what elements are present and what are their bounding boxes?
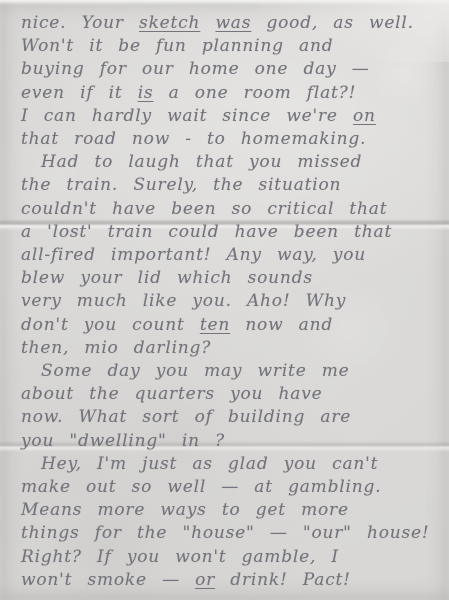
handwritten-line: a 'lost' train could have been that bbox=[21, 221, 440, 244]
handwritten-line: Had to laugh that you missed bbox=[21, 151, 440, 174]
text-segment: you "dwelling" in ? bbox=[21, 431, 225, 451]
text-segment: even if it bbox=[21, 83, 138, 103]
underlined-word: ten bbox=[200, 315, 230, 335]
handwritten-line: all-fired important! Any way, you bbox=[21, 244, 440, 267]
text-segment: I can hardly wait since we're bbox=[21, 106, 353, 126]
letter-paragraph: Hey, I'm just as glad you can'tmake out … bbox=[21, 453, 440, 592]
text-segment: Means more ways to get more bbox=[21, 500, 349, 520]
text-segment: that road now - to homemaking. bbox=[21, 129, 366, 149]
handwritten-line: that road now - to homemaking. bbox=[21, 128, 440, 151]
letter-paragraph: Had to laugh that you missedthe train. S… bbox=[21, 151, 440, 360]
handwritten-line: don't you count ten now and bbox=[21, 314, 440, 337]
text-segment: Had to laugh that you missed bbox=[41, 152, 362, 172]
handwritten-line: make out so well — at gambling. bbox=[21, 476, 440, 499]
text-segment: drink! Pact! bbox=[215, 570, 351, 590]
underlined-word: or bbox=[195, 570, 215, 590]
handwritten-line: won't smoke — or drink! Pact! bbox=[21, 569, 440, 592]
handwritten-line: couldn't have been so critical that bbox=[21, 198, 440, 221]
text-segment: a one room flat?! bbox=[153, 83, 356, 103]
text-segment: nice. Your bbox=[21, 13, 139, 33]
handwritten-line: about the quarters you have bbox=[21, 383, 440, 406]
text-segment: Right? If you won't gamble, I bbox=[21, 547, 339, 567]
handwritten-line: I can hardly wait since we're on bbox=[21, 105, 440, 128]
text-segment: buying for our home one day — bbox=[21, 59, 370, 79]
text-segment bbox=[200, 13, 215, 33]
handwritten-line: buying for our home one day — bbox=[21, 58, 440, 81]
text-segment: very much like you. Aho! Why bbox=[21, 291, 346, 311]
text-segment: Hey, I'm just as glad you can't bbox=[41, 454, 378, 474]
handwritten-line: you "dwelling" in ? bbox=[21, 430, 440, 453]
text-segment: then, mio darling? bbox=[21, 338, 211, 358]
underlined-word: was bbox=[215, 13, 251, 33]
text-segment: couldn't have been so critical that bbox=[21, 199, 387, 219]
text-segment: the train. Surely, the situation bbox=[21, 175, 341, 195]
text-segment: all-fired important! Any way, you bbox=[21, 245, 366, 265]
handwritten-line: Right? If you won't gamble, I bbox=[21, 546, 440, 569]
text-segment: make out so well — at gambling. bbox=[21, 477, 381, 497]
text-segment: blew your lid which sounds bbox=[21, 268, 313, 288]
handwritten-line: Means more ways to get more bbox=[21, 499, 440, 522]
handwritten-line: nice. Your sketch was good, as well. bbox=[21, 12, 440, 35]
text-segment: good, as well. bbox=[251, 13, 414, 33]
text-segment: Some day you may write me bbox=[41, 361, 350, 381]
letter-paragraph: nice. Your sketch was good, as well.Won'… bbox=[21, 12, 440, 151]
text-segment: about the quarters you have bbox=[21, 384, 322, 404]
handwritten-line: now. What sort of building are bbox=[21, 406, 440, 429]
handwritten-line: Some day you may write me bbox=[21, 360, 440, 383]
handwritten-line: blew your lid which sounds bbox=[21, 267, 440, 290]
text-segment: Won't it be fun planning and bbox=[21, 36, 333, 56]
text-segment: a 'lost' train could have been that bbox=[21, 222, 392, 242]
handwritten-line: Hey, I'm just as glad you can't bbox=[21, 453, 440, 476]
underlined-word: is bbox=[138, 83, 154, 103]
handwritten-text: nice. Your sketch was good, as well.Won'… bbox=[21, 12, 440, 592]
letter-page: nice. Your sketch was good, as well.Won'… bbox=[0, 0, 449, 600]
underlined-word: on bbox=[353, 106, 376, 126]
handwritten-line: even if it is a one room flat?! bbox=[21, 82, 440, 105]
text-segment: now. What sort of building are bbox=[21, 407, 351, 427]
handwritten-line: very much like you. Aho! Why bbox=[21, 290, 440, 313]
handwritten-line: the train. Surely, the situation bbox=[21, 174, 440, 197]
text-segment: now and bbox=[230, 315, 333, 335]
text-segment: won't smoke — bbox=[21, 570, 195, 590]
text-segment: things for the "house" — "our" house! bbox=[21, 523, 430, 543]
handwritten-line: Won't it be fun planning and bbox=[21, 35, 440, 58]
underlined-word: sketch bbox=[139, 13, 200, 33]
handwritten-line: things for the "house" — "our" house! bbox=[21, 522, 440, 545]
handwritten-line: then, mio darling? bbox=[21, 337, 440, 360]
scan-top-edge bbox=[0, 0, 449, 5]
text-segment: don't you count bbox=[21, 315, 200, 335]
letter-paragraph: Some day you may write meabout the quart… bbox=[21, 360, 440, 453]
